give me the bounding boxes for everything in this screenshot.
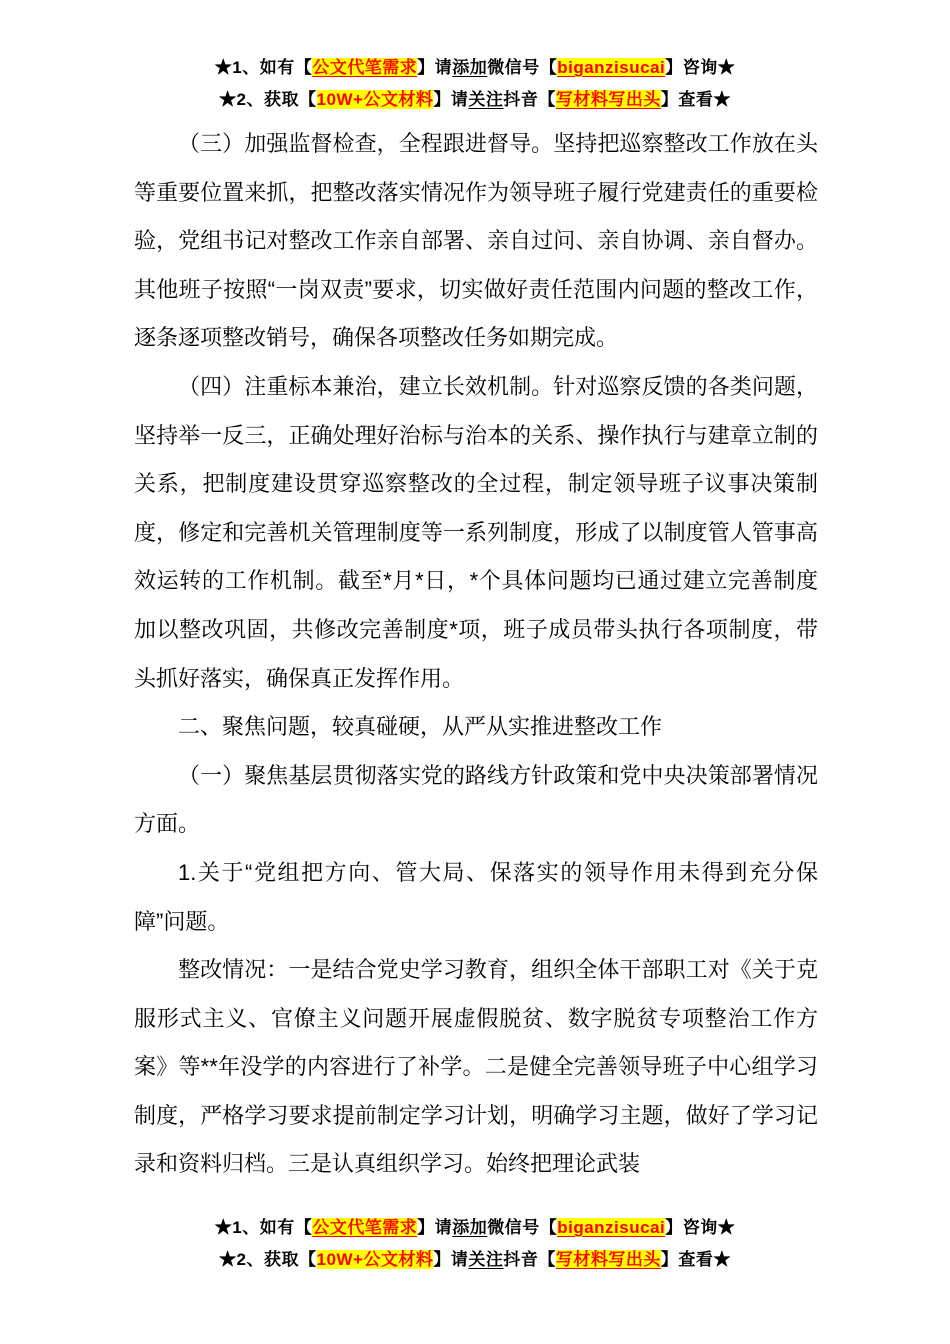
ad-text: 】请	[433, 90, 468, 109]
ad-underline-follow: 关注	[468, 1250, 503, 1269]
paragraph-item-1: 1.关于“党组把方向、管大局、保落实的领导作用未得到充分保障”问题。	[134, 849, 818, 946]
ad-text: 抖音【	[503, 1250, 556, 1269]
ad-highlight-service: 公文代笔需求	[312, 58, 417, 77]
section-heading-2: 二、聚焦问题，较真碰硬，从严从实推进整改工作	[134, 703, 818, 752]
ad-highlight-douyin-id: 写材料写出头	[556, 90, 661, 109]
ad-highlight-wechat-id: biganzisucai	[557, 58, 665, 77]
ad-highlight-wechat-id: biganzisucai	[557, 1218, 665, 1237]
paragraph-section-4: （四）注重标本兼治，建立长效机制。针对巡察反馈的各类问题，坚持举一反三，正确处理…	[134, 363, 818, 703]
footer-ad-block: ★1、如有【公文代笔需求】请添加微信号【biganzisucai】咨询★ ★2、…	[0, 1212, 950, 1276]
ad-text: 】请	[433, 1250, 468, 1269]
ad-text: 】查看★	[661, 1250, 731, 1269]
ad-text: 】请	[417, 1218, 452, 1237]
header-ad-block: ★1、如有【公文代笔需求】请添加微信号【biganzisucai】咨询★ ★2、…	[0, 52, 950, 116]
ad-text: ★2、获取【	[219, 90, 316, 109]
document-body: （三）加强监督检查，全程跟进督导。坚持把巡察整改工作放在头等重要位置来抓，把整改…	[134, 120, 818, 1189]
ad-highlight-service: 公文代笔需求	[312, 1218, 417, 1237]
footer-ad-line-2: ★2、获取【10W+公文材料】请关注抖音【写材料写出头】查看★	[0, 1244, 950, 1276]
paragraph-section-3: （三）加强监督检查，全程跟进督导。坚持把巡察整改工作放在头等重要位置来抓，把整改…	[134, 120, 818, 363]
ad-underline-follow: 关注	[468, 90, 503, 109]
ad-text: ★2、获取【	[219, 1250, 316, 1269]
ad-text: 】咨询★	[665, 1218, 735, 1237]
ad-text: 】查看★	[661, 90, 731, 109]
ad-underline-add: 添加	[452, 1218, 487, 1237]
ad-text: ★1、如有【	[215, 1218, 312, 1237]
ad-text: 微信号【	[487, 58, 557, 77]
document-page: ★1、如有【公文代笔需求】请添加微信号【biganzisucai】咨询★ ★2、…	[0, 0, 950, 1344]
ad-text: 】咨询★	[665, 58, 735, 77]
ad-text: 】请	[417, 58, 452, 77]
ad-text: ★1、如有【	[215, 58, 312, 77]
ad-underline-add: 添加	[452, 58, 487, 77]
ad-highlight-douyin-id: 写材料写出头	[556, 1250, 661, 1269]
header-ad-line-2: ★2、获取【10W+公文材料】请关注抖音【写材料写出头】查看★	[0, 84, 950, 116]
paragraph-rectification-status: 整改情况：一是结合党史学习教育，组织全体干部职工对《关于克服形式主义、官僚主义问…	[134, 946, 818, 1189]
ad-highlight-materials: 10W+公文材料	[317, 1250, 434, 1269]
footer-ad-line-1: ★1、如有【公文代笔需求】请添加微信号【biganzisucai】咨询★	[0, 1212, 950, 1244]
header-ad-line-1: ★1、如有【公文代笔需求】请添加微信号【biganzisucai】咨询★	[0, 52, 950, 84]
paragraph-subsection-1: （一）聚焦基层贯彻落实党的路线方针政策和党中央决策部署情况方面。	[134, 752, 818, 849]
ad-text: 抖音【	[503, 90, 556, 109]
ad-highlight-materials: 10W+公文材料	[317, 90, 434, 109]
ad-text: 微信号【	[487, 1218, 557, 1237]
